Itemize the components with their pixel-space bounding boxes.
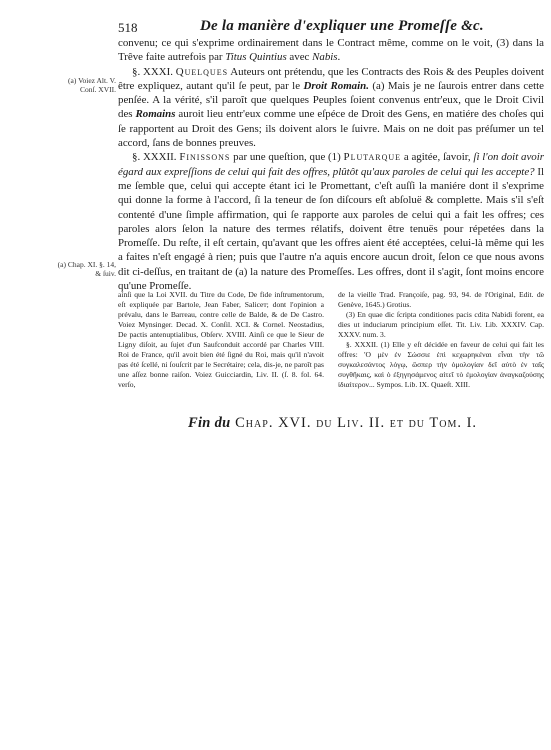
running-title: De la manière d'expliquer une Promeſſe &… xyxy=(200,18,484,35)
continuation-paragraph: convenu; ce qui s'exprime ordinairement … xyxy=(118,36,544,65)
end-of-chapter-note: Fin du Chap. XVI. du Liv. II. et du Tom.… xyxy=(188,415,477,432)
footnote: (3) En quae dic ſcripta conditiones paci… xyxy=(338,310,544,340)
footnotes: ainſi que la Loi XVII. du Titre du Code,… xyxy=(118,290,544,390)
footnotes-right-column: de la vieille Trad. Françoiſe, pag. 93, … xyxy=(338,290,544,390)
footnote: de la vieille Trad. Françoiſe, pag. 93, … xyxy=(338,290,544,310)
page-header: 518 De la manière d'expliquer une Promeſ… xyxy=(118,18,543,38)
footnotes-left-column: ainſi que la Loi XVII. du Titre du Code,… xyxy=(118,290,324,390)
page-number: 518 xyxy=(118,20,138,36)
footnote: §. XXXII. (1) Elle y eſt décidée en fave… xyxy=(338,340,544,390)
main-text: convenu; ce qui s'exprime ordinairement … xyxy=(118,36,544,293)
section-number: §. XXXII. xyxy=(132,151,177,163)
section-32-paragraph: §. XXXII. Finissons par une queſtion, qu… xyxy=(118,150,544,293)
footnote: ainſi que la Loi XVII. du Titre du Code,… xyxy=(118,290,324,390)
section-31-paragraph: §. XXXI. Quelques Auteurs ont prétendu, … xyxy=(118,65,544,151)
margin-note: (a) Chap. XI. §. 14, & ſuiv. xyxy=(50,260,116,278)
section-number: §. XXXI. xyxy=(132,66,173,78)
margin-note: (a) Voiez Alt. V. Conſ. XVII. xyxy=(56,76,116,94)
book-page: 518 De la manière d'expliquer une Promeſ… xyxy=(0,0,551,750)
